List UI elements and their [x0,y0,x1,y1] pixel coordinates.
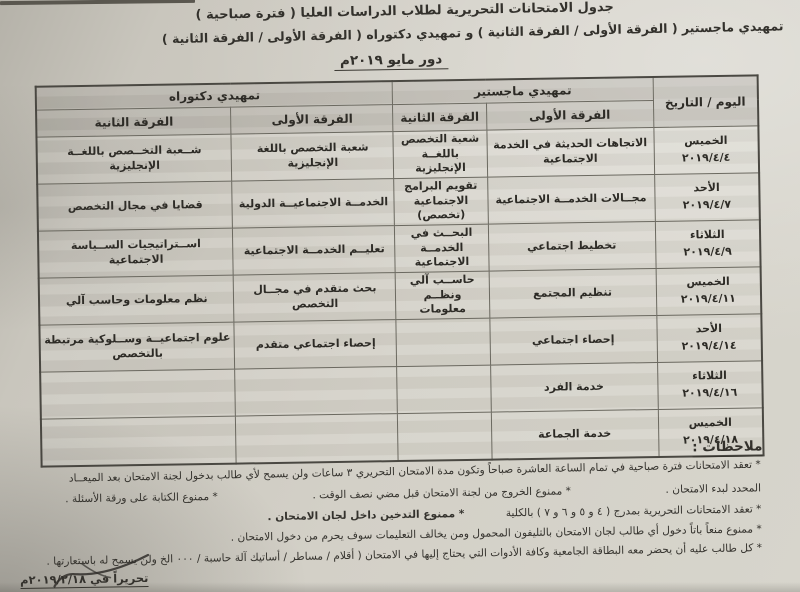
date-value: ٢٠١٩/٤/٤ [657,150,755,166]
schedule-cell: إحصاء اجتماعي [489,315,657,365]
schedule-cell: بحث متقدم في مجــال التخصص [234,273,397,323]
notes-line-2: المحدد لبدء الامتحان . * ممنوع الخروج من… [65,482,761,505]
day-name: الخميس [659,275,757,291]
subheader-masters-year2: الفرقة الثانية [393,103,486,131]
schedule-cell: تقويم البرامج الاجتماعية (تخصص) [394,177,488,225]
schedule-cell [398,412,492,461]
day-name: الخميس [661,416,759,432]
schedule-cell [235,367,398,417]
subheader-phd-year1: الفرقة الأولى [231,105,393,135]
note-no-mobile-phones: * ممنوع منعاً باتاً دخول أي طالب لجان ال… [231,523,762,543]
table-row: الخميس ٢٠١٩/٤/١٨ خدمة الجماعة [41,408,764,467]
subheader-masters-year1: الفرقة الأولى [486,101,653,131]
schedule-cell: البحــث في الخدمــة الاجتماعية [395,224,489,272]
date-value: ٢٠١٩/٤/١٦ [661,385,759,401]
date-value: ٢٠١٩/٤/١٤ [660,338,758,354]
day-name: الأحد [658,181,756,197]
day-name: الأحد [660,322,758,338]
note-exam-time-continuation: المحدد لبدء الامتحان . [665,482,761,495]
schedule-cell: تنظيم المجتمع [489,268,657,318]
scanned-document-page: جدول الامتحانات التحريرية لطلاب الدراسات… [0,0,800,592]
note-no-writing-on-question-sheet: * ممنوع الكتابة على ورقة الأسئلة . [65,491,218,505]
column-header-day-date: اليوم / التاريخ [653,75,759,127]
schedule-cell: نظم معلومات وحاسب آلي [39,275,235,325]
handwritten-mark [52,549,153,591]
schedule-cell: شــعبة التخــصص باللغــة الإنجليزية [36,134,232,184]
date-value: ٢٠١٩/٤/٩ [659,244,757,260]
schedule-cell: حاســب آلي ونظــم معلومات [396,271,490,319]
schedule-cell: علوم اجتماعيــة وســلوكية مرتبطة بالتخصص [39,322,235,372]
day-date-cell: الثلاثاء ٢٠١٩/٤/٩ [655,220,761,269]
schedule-cell [41,416,237,467]
schedule-cell: الاتجاهات الحديثة في الخدمة الاجتماعية [486,127,654,177]
schedule-cell [236,414,399,464]
schedule-cell: شعبة التخصص باللغــة الإنجليزية [393,130,487,178]
day-name: الخميس [657,134,755,150]
exam-schedule-table: اليوم / التاريخ تمهيدي ماجستير تمهيدي دك… [35,74,765,467]
schedule-cell: قضايا في مجال التخصص [37,181,233,231]
date-value: ٢٠١٩/٤/٧ [658,197,756,213]
notes-line-3: * تعقد الامتحانات التحريرية بمدرج ( ٤ و … [267,503,761,523]
day-date-cell: الخميس ٢٠١٩/٤/١١ [656,267,762,316]
subheader-phd-year2: الفرقة الثانية [36,107,231,137]
schedule-cell: خدمة الفرد [490,362,658,412]
schedule-cell: شعبة التخصص باللغة الإنجليزية [231,132,394,182]
schedule-cell: تخطيط اجتماعي [488,221,656,271]
note-no-smoking: * ممنوع التدخين داخل لجان الامتحان . [267,508,464,523]
day-name: الثلاثاء [658,228,756,244]
schedule-cell: تعليــم الخدمــة الاجتماعية [233,226,396,276]
schedule-cell: الخدمــة الاجتماعيــة الدولية [232,179,395,229]
day-date-cell: الأحد ٢٠١٩/٤/٧ [654,173,760,222]
day-date-cell: الخميس ٢٠١٩/٤/٤ [653,126,759,175]
day-date-cell: الثلاثاء ٢٠١٩/٤/١٦ [657,361,763,410]
date-value: ٢٠١٩/٤/١١ [659,291,757,307]
schedule-cell [396,318,490,366]
schedule-cell: إحصاء اجتماعي متقدم [234,320,397,370]
note-no-early-exit: * ممنوع الخروج من لجنة الامتحان قبل مضي … [312,485,571,501]
note-exam-halls: * تعقد الامتحانات التحريرية بمدرج ( ٤ و … [506,503,762,519]
schedule-cell [40,369,236,419]
document-title: جدول الامتحانات التحريرية لطلاب الدراسات… [195,0,614,23]
document-subtitle: تمهيدي ماجستير ( الفرقة الأولى / الفرقة … [162,18,784,46]
schedule-cell: اســتراتيجيات الســياسة الاجتماعية [38,228,234,278]
schedule-cell [397,365,491,413]
exam-session-title: دور مايو ٢٠١٩م [334,51,449,71]
notes-heading: ملاحظات : [692,438,763,457]
document-content: جدول الامتحانات التحريرية لطلاب الدراسات… [0,0,800,592]
schedule-cell: مجــالات الخدمــة الاجتماعية [487,174,655,224]
day-date-cell: الأحد ٢٠١٩/٤/١٤ [656,314,762,363]
schedule-cell: خدمة الجماعة [491,409,659,459]
day-name: الثلاثاء [661,369,759,385]
